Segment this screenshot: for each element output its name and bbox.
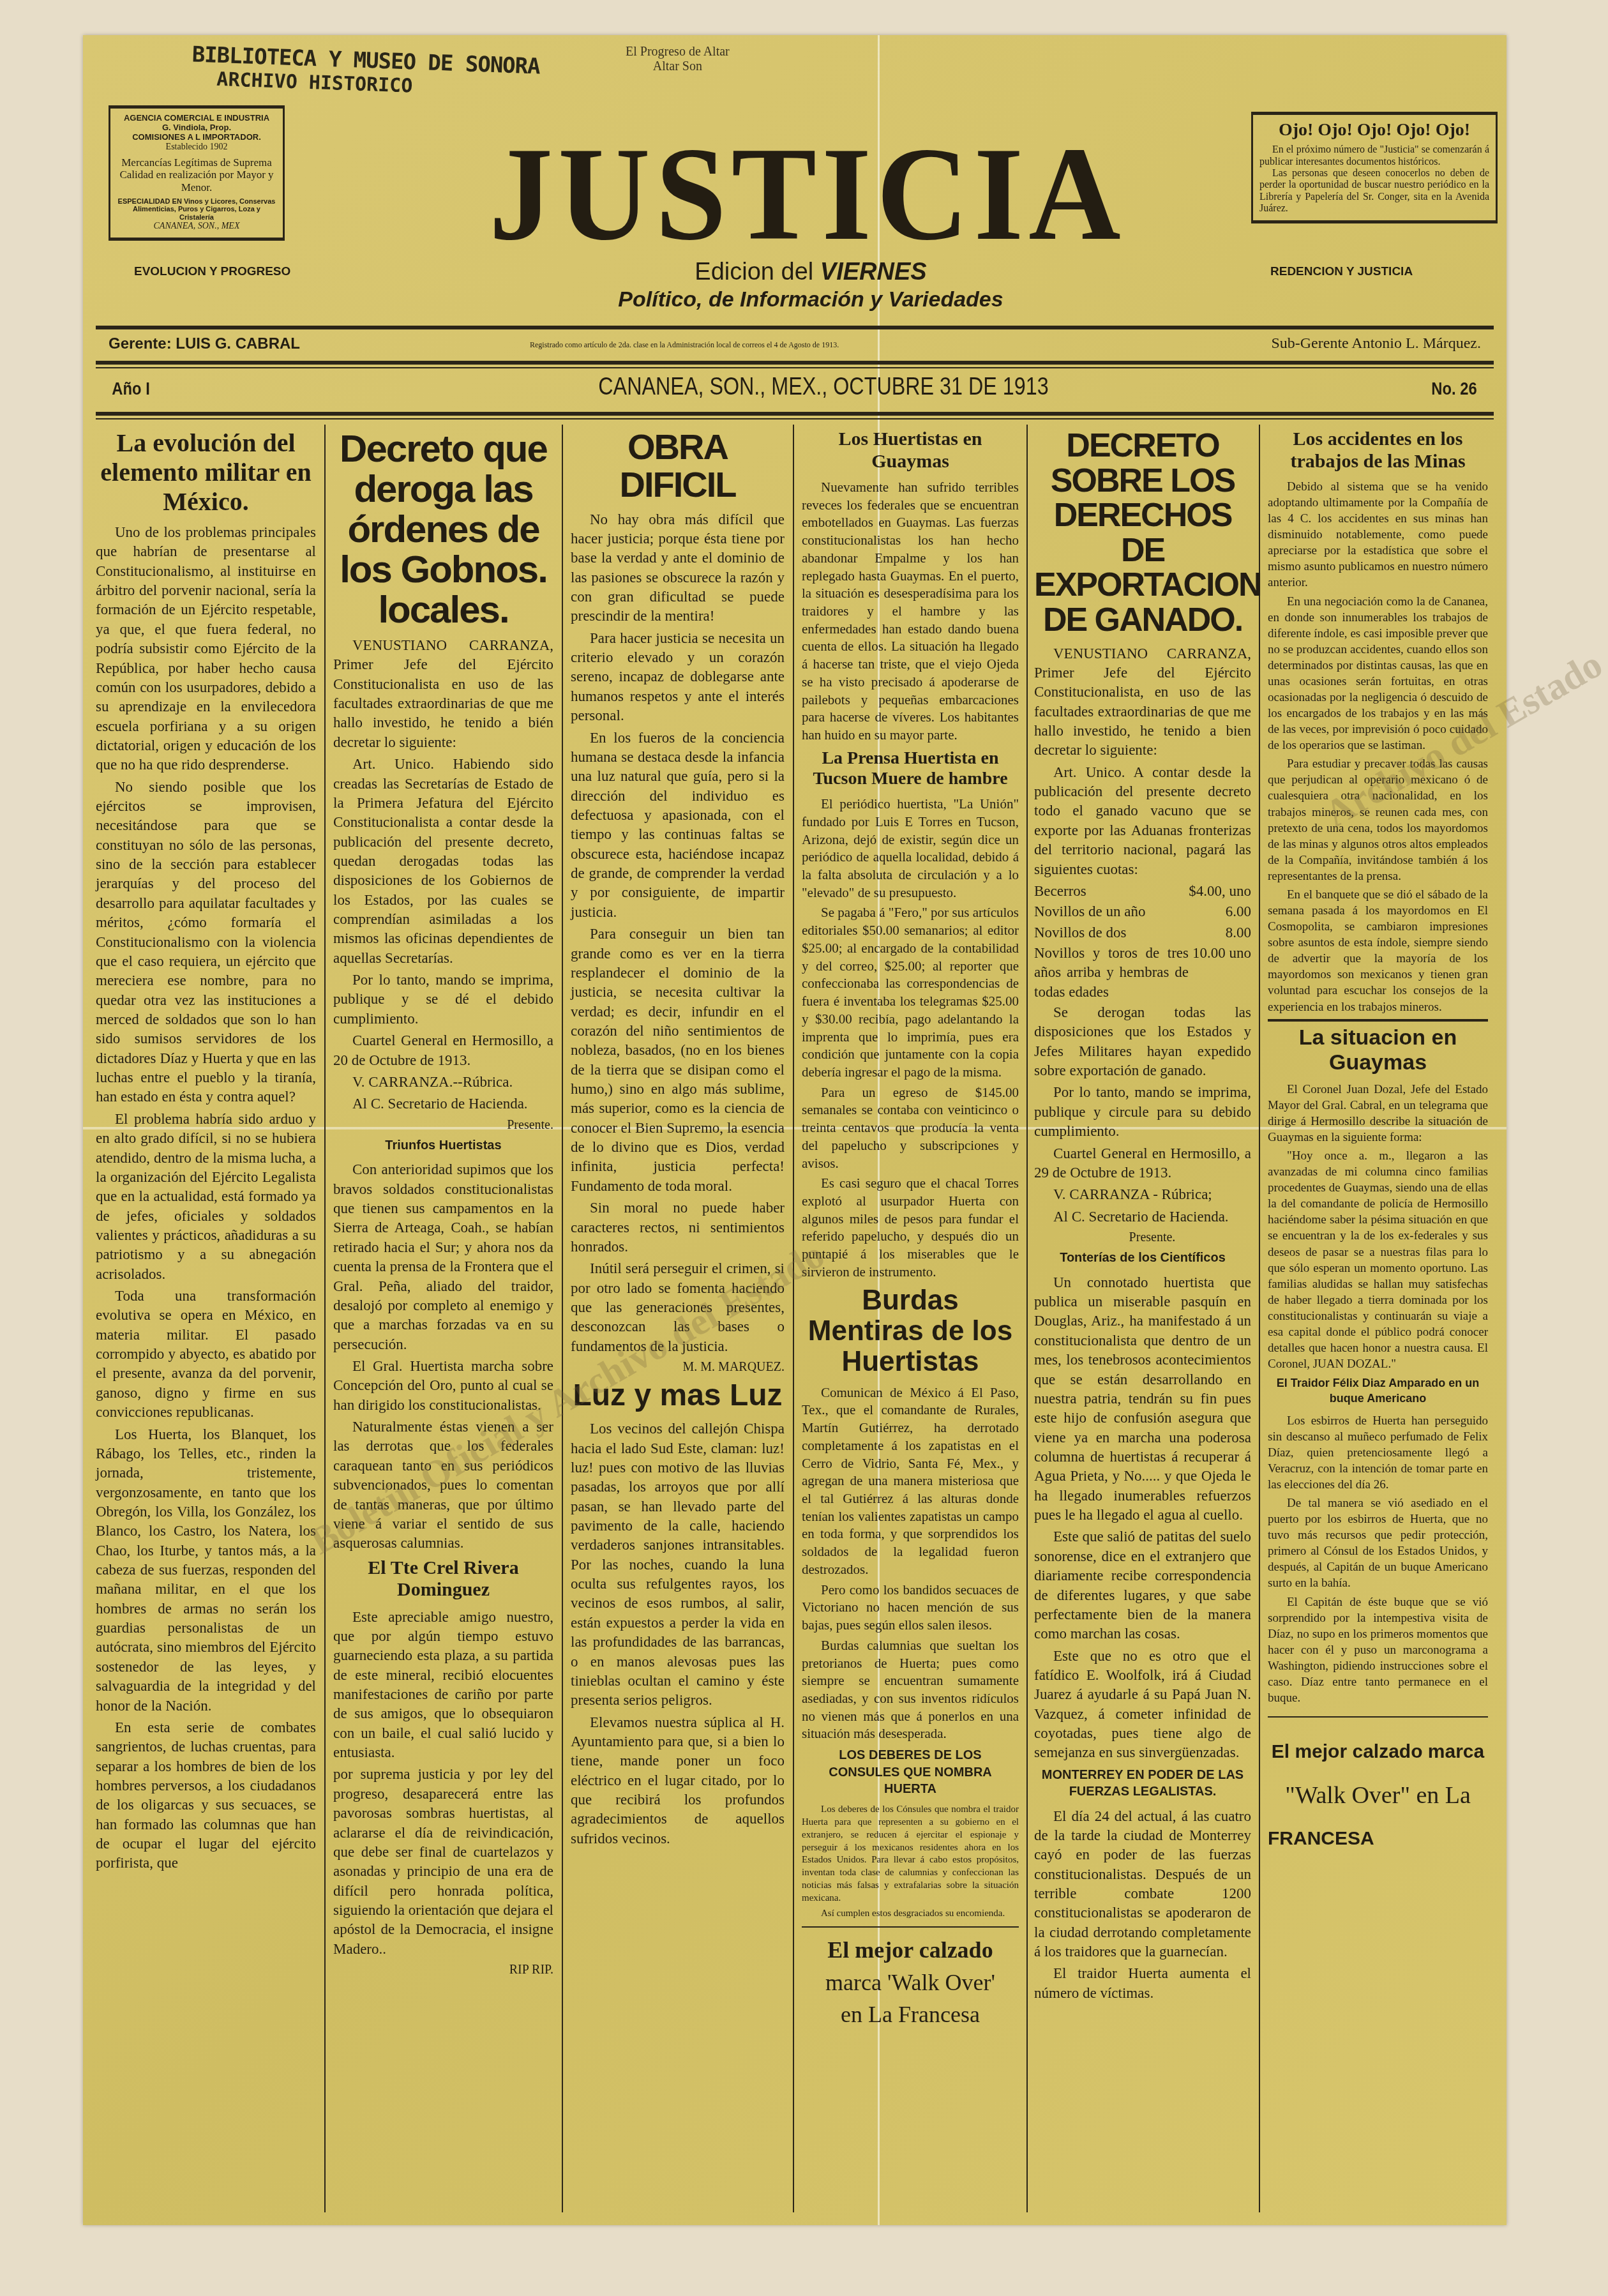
headline: El Traidor Félix Diaz Amparado en un buq… [1268, 1376, 1488, 1407]
motto-left: EVOLUCION Y PROGRESO [134, 265, 290, 279]
article-decreto-ganado: DECRETO SOBRE LOS DERECHOS DE EXPORTACIO… [1034, 425, 1251, 2005]
manager: Gerente: LUIS G. CABRAL [109, 335, 300, 353]
issue-number: No. 26 [1431, 379, 1477, 399]
tariff-row: Becerros$4.00, uno [1034, 882, 1251, 901]
tariff-row: Novillos y toros de tres años arriba y h… [1034, 944, 1251, 1002]
dateline: CANANEA, SON., MEX., OCTUBRE 31 DE 1913 [498, 374, 1149, 401]
tariff-row: Novillos de un año6.00 [1034, 902, 1251, 921]
column-rule [1026, 425, 1028, 2212]
column-rule [562, 425, 563, 2212]
article-evolucion: La evolución del elemento militar en Méx… [96, 425, 316, 1876]
headline: OBRA DIFICIL [571, 428, 785, 504]
article-obra-dificil: OBRA DIFICIL No hay obra más difícil que… [571, 425, 785, 1851]
sub-manager: Sub-Gerente Antonio L. Márquez. [1271, 335, 1481, 352]
tariff-row: Novillos de dos8.00 [1034, 923, 1251, 942]
left-advertisement: AGENCIA COMERCIAL E INDUSTRIA G. Vindiol… [109, 105, 285, 241]
headline: Burdas Mentiras de los Huertistas [802, 1285, 1019, 1378]
edition-line: Edicion del VIERNES [428, 259, 1194, 286]
divider [96, 367, 1494, 368]
article-huertistas-guaymas: Los Huertistas en Guaymas Nuevamente han… [802, 425, 1019, 2031]
column-rule [324, 425, 326, 2212]
year-label: Año I [112, 379, 150, 399]
headline: La Prensa Huertista en Tucson Muere de h… [802, 748, 1019, 789]
headline: Triunfos Huertistas [333, 1137, 553, 1154]
walkover-ad-right: El mejor calzado marca "Walk Over" en La… [1268, 1716, 1488, 1858]
right-advertisement-ojo: Ojo! Ojo! Ojo! Ojo! Ojo! En el próximo n… [1251, 112, 1498, 223]
headline: Decreto que deroga las órdenes de los Go… [333, 428, 553, 630]
divider [96, 361, 1494, 365]
headline: DECRETO SOBRE LOS DERECHOS DE EXPORTACIO… [1034, 428, 1251, 638]
divider [96, 326, 1494, 329]
archive-stamp: BIBLIOTECA Y MUSEO DE SONORA ARCHIVO HIS… [191, 42, 540, 102]
headline: La situacion en Guaymas [1268, 1025, 1488, 1075]
tariff-table: Becerros$4.00, unoNovillos de un año6.00… [1034, 882, 1251, 1002]
motto-right: REDENCION Y JUSTICIA [1270, 265, 1413, 279]
headline: El Tte Crel Rivera Dominguez [333, 1557, 553, 1601]
newspaper-title: JUSTICIA [428, 128, 1187, 262]
column-rule [793, 425, 794, 2212]
registration-note: Registrado como artículo de 2da. clase e… [530, 340, 839, 350]
walkover-ad-center: El mejor calzado marca 'Walk Over' en La… [802, 1926, 1019, 2030]
headline: Los Huertistas en Guaymas [802, 428, 1019, 472]
top-small-text: El Progreso de Altar Altar Son [626, 45, 730, 74]
divider [96, 412, 1494, 416]
headline: LOS DEBERES DE LOS CONSULES QUE NOMBRA H… [802, 1747, 1019, 1797]
article-accidentes: Los accidentes en los trabajos de las Mi… [1268, 425, 1488, 1858]
headline: Tonterías de los Científicos [1034, 1250, 1251, 1266]
headline: MONTERREY EN PODER DE LAS FUERZAS LEGALI… [1034, 1767, 1251, 1801]
headline: La evolución del elemento militar en Méx… [96, 428, 316, 517]
newspaper-subtitle: Político, de Información y Variedades [428, 287, 1194, 312]
column-rule [1259, 425, 1260, 2212]
newspaper-page: BIBLIOTECA Y MUSEO DE SONORA ARCHIVO HIS… [83, 35, 1507, 2225]
headline: Los accidentes en los trabajos de las Mi… [1268, 428, 1488, 472]
article-decreto-deroga: Decreto que deroga las órdenes de los Go… [333, 425, 553, 1981]
divider [96, 418, 1494, 419]
